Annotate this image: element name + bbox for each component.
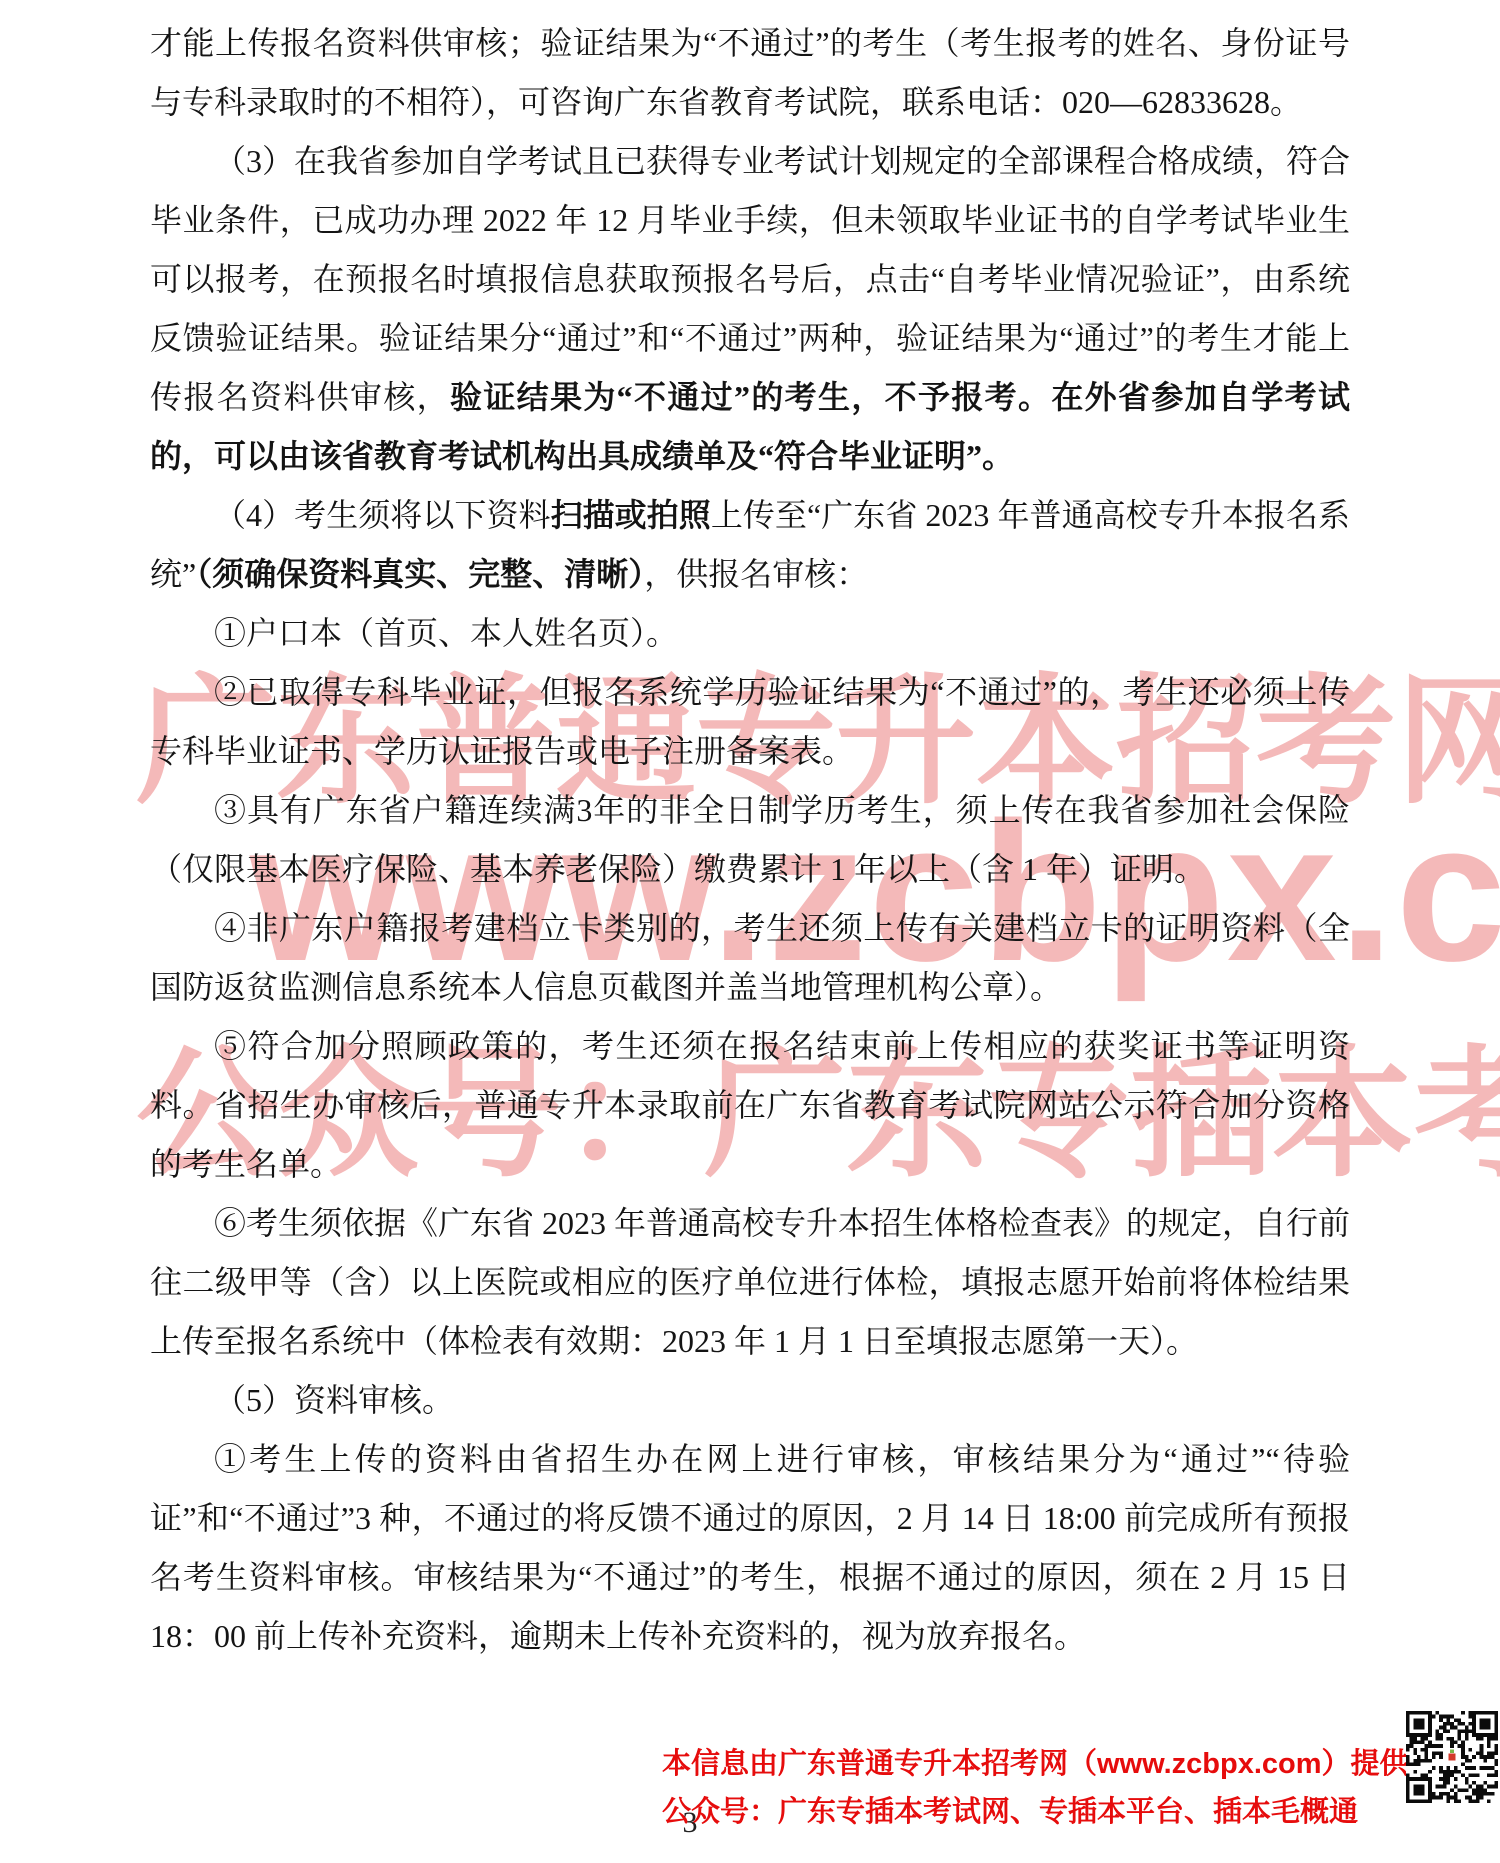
- para-doc-1-household-register: ①户口本（首页、本人姓名页）。: [150, 604, 1350, 663]
- text-segment: ，供报名审核：: [644, 556, 868, 592]
- document-page: 广东普通专升本招考网 www.zcbpx.com 公众号：广东专插本考试网 才能…: [0, 0, 1500, 1863]
- text-segment: ⑥考生须依据《广东省 2023 年普通高校专升本招生体格检查表》的规定，自行前往…: [150, 1205, 1350, 1359]
- text-segment: （4）考生须将以下资料: [214, 497, 551, 533]
- footer-credit-line1: 本信息由广东普通专升本招考网（www.zcbpx.com）提供，: [662, 1740, 1438, 1788]
- para-review-process: ①考生上传的资料由省招生办在网上进行审核，审核结果分为“通过”“待验证”和“不通…: [150, 1430, 1350, 1666]
- text-segment: ②已取得专科毕业证，但报名系统学历验证结果为“不通过”的，考生还必须上传专科毕业…: [150, 674, 1350, 769]
- para-doc-3-social-insurance: ③具有广东省户籍连续满3年的非全日制学历考生，须上传在我省参加社会保险（仅限基本…: [150, 781, 1350, 899]
- document-body: 才能上传报名资料供审核；验证结果为“不通过”的考生（考生报考的姓名、身份证号与专…: [150, 14, 1350, 1666]
- text-segment: （3）在我省参加自学考试且已获得专业考试计划规定的全部课程合格成绩，符合毕业条件…: [150, 143, 1350, 415]
- text-segment: ③具有广东省户籍连续满3年的非全日制学历考生，须上传在我省参加社会保险（仅限基本…: [150, 792, 1350, 887]
- text-segment: ④非广东户籍报考建档立卡类别的，考生还须上传有关建档立卡的证明资料（全国防返贫监…: [150, 910, 1350, 1005]
- para-item-5-material-review: （5）资料审核。: [150, 1371, 1350, 1430]
- text-segment: ①户口本（首页、本人姓名页）。: [214, 615, 678, 651]
- para-continuation: 才能上传报名资料供审核；验证结果为“不通过”的考生（考生报考的姓名、身份证号与专…: [150, 14, 1350, 132]
- page-number: 3: [640, 1806, 740, 1840]
- para-item-4-upload-materials: （4）考生须将以下资料扫描或拍照上传至“广东省 2023 年普通高校专升本报名系…: [150, 486, 1350, 604]
- para-item-3-self-study-exam: （3）在我省参加自学考试且已获得专业考试计划规定的全部课程合格成绩，符合毕业条件…: [150, 132, 1350, 486]
- text-segment: ⑤符合加分照顾政策的，考生还须在报名结束前上传相应的获奖证书等证明资料。省招生办…: [150, 1028, 1350, 1182]
- text-segment: 才能上传报名资料供审核；验证结果为“不通过”的考生（考生报考的姓名、身份证号与专…: [150, 25, 1350, 120]
- text-segment: ①考生上传的资料由省招生办在网上进行审核，审核结果分为“通过”“待验证”和“不通…: [150, 1441, 1350, 1654]
- qr-code-icon: [1406, 1711, 1498, 1803]
- footer-credit-line2: 公众号：广东专插本考试网、专插本平台、插本毛概通: [662, 1788, 1438, 1836]
- footer-credit: 本信息由广东普通专升本招考网（www.zcbpx.com）提供， 公众号：广东专…: [662, 1740, 1438, 1836]
- para-doc-5-bonus-point-certificates: ⑤符合加分照顾政策的，考生还须在报名结束前上传相应的获奖证书等证明资料。省招生办…: [150, 1017, 1350, 1194]
- text-segment-bold: （须确保资料真实、完整、清晰）: [196, 556, 644, 592]
- para-doc-2-diploma-verification: ②已取得专科毕业证，但报名系统学历验证结果为“不通过”的，考生还必须上传专科毕业…: [150, 663, 1350, 781]
- text-segment: （5）资料审核。: [214, 1382, 454, 1418]
- para-doc-6-physical-exam: ⑥考生须依据《广东省 2023 年普通高校专升本招生体格检查表》的规定，自行前往…: [150, 1194, 1350, 1371]
- text-segment-bold: 扫描或拍照: [551, 497, 711, 533]
- para-doc-4-registered-poor-proof: ④非广东户籍报考建档立卡类别的，考生还须上传有关建档立卡的证明资料（全国防返贫监…: [150, 899, 1350, 1017]
